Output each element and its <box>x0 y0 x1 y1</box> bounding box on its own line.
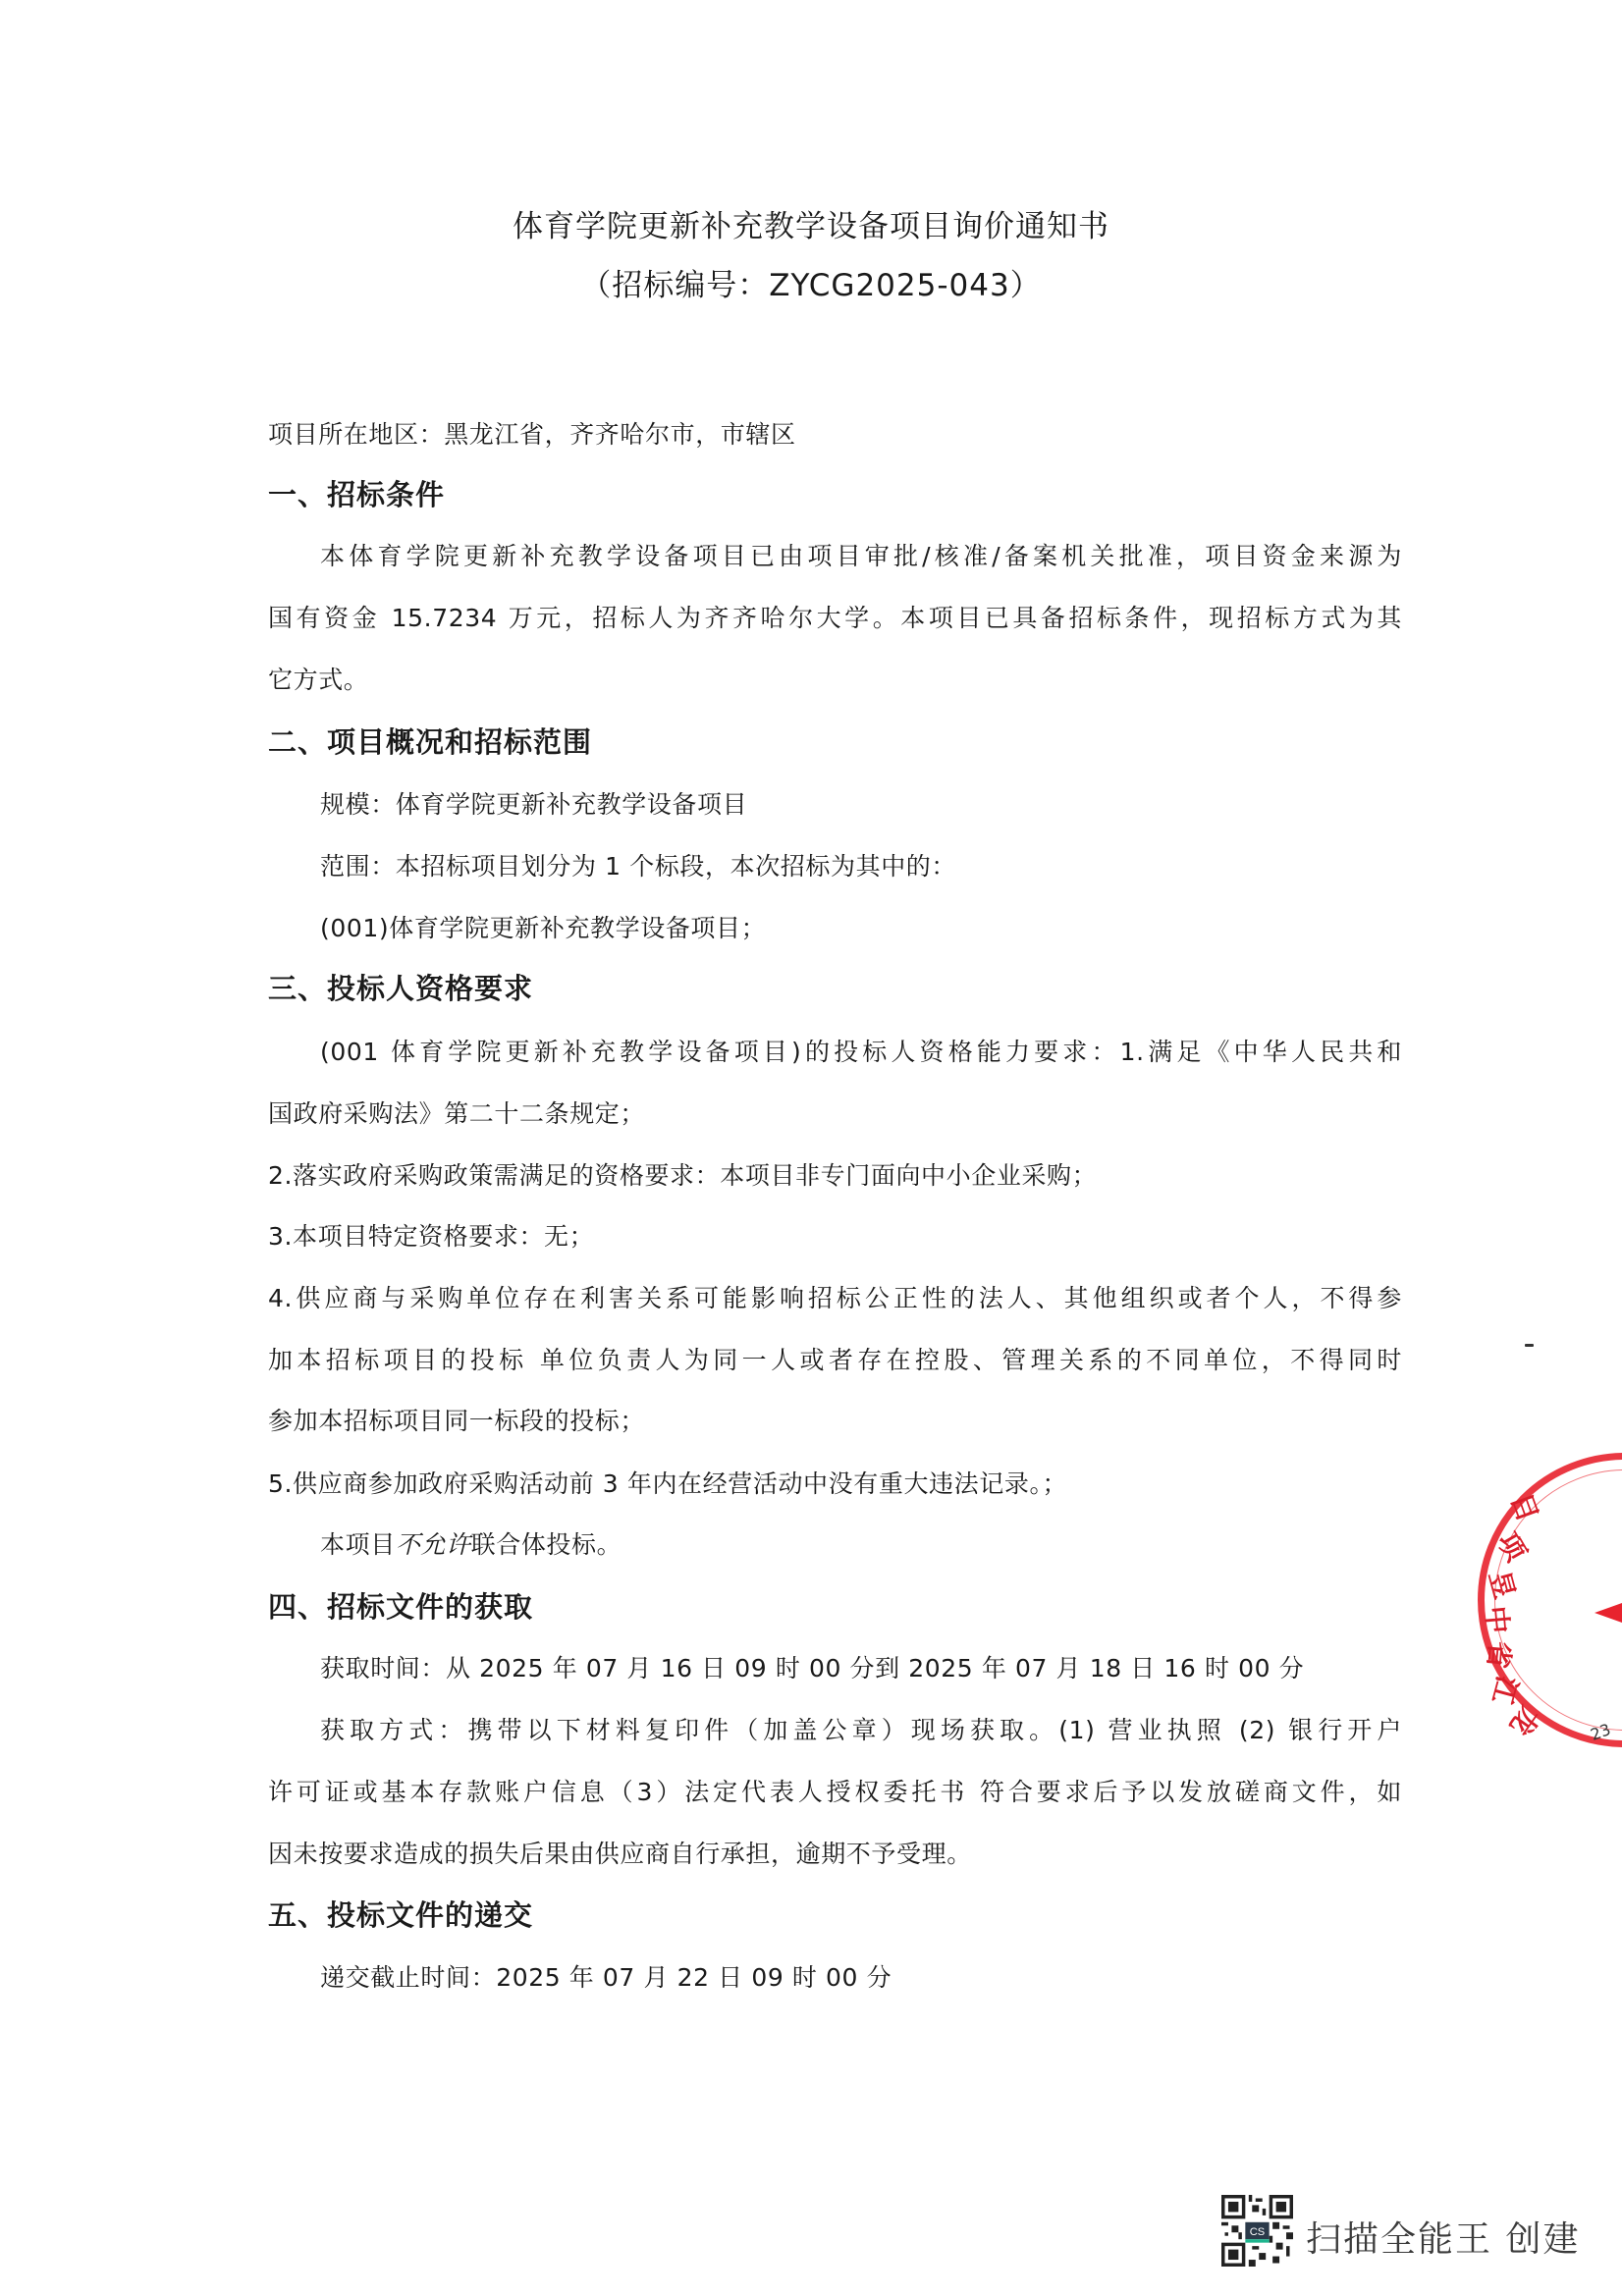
qr-code-icon: CS <box>1221 2195 1293 2267</box>
section-3-req-4-line-3: 参加本招标项目同一标段的投标； <box>268 1409 645 1433</box>
section-3-line-1: (001 体育学院更新补充教学设备项目)的投标人资格能力要求：1.满足《中华人民… <box>320 1040 1402 1064</box>
section-2-heading: 二、项目概况和招标范围 <box>268 728 592 757</box>
document-subtitle: （招标编号：ZYCG2025-043） <box>0 271 1622 301</box>
section-5-deadline: 递交截止时间：2025 年 07 月 22 日 09 时 00 分 <box>320 1965 892 1990</box>
section-3-req-5: 5.供应商参加政府采购活动前 3 年内在经营活动中没有重大违法记录。； <box>268 1471 1067 1496</box>
seal-star-icon <box>1595 1603 1622 1623</box>
section-3-req-3: 3.本项目特定资格要求：无； <box>268 1224 594 1249</box>
section-3-heading: 三、投标人资格要求 <box>268 975 533 1003</box>
section-3-req-4-line-2: 加本招标项目的投标 单位负责人为同一人或者存在控股、管理关系的不同单位，不得同时 <box>268 1348 1402 1372</box>
seal-text-4: 中 <box>1478 1604 1519 1634</box>
section-1-heading: 一、招标条件 <box>268 481 445 509</box>
joint-bid-statement: 本项目不允许联合体投标。 <box>320 1532 622 1557</box>
section-4-time: 获取时间：从 2025 年 07 月 16 日 09 时 00 分到 2025 … <box>320 1656 1304 1681</box>
official-seal <box>1478 1453 1622 1747</box>
scan-artifact <box>1525 1344 1534 1347</box>
section-4-method-line-1: 获取方式：携带以下材料复印件（加盖公章）现场获取。(1) 营业执照 (2) 银行… <box>320 1718 1402 1742</box>
section-1-line-2: 国有资金 15.7234 万元，招标人为齐齐哈尔大学。本项目已具备招标条件，现招… <box>268 606 1402 630</box>
section-2-scope: 范围：本招标项目划分为 1 个标段，本次招标为其中的： <box>320 854 956 879</box>
section-1-line-1: 本体育学院更新补充教学设备项目已由项目审批/核准/备案机关批准，项目资金来源为 <box>320 544 1402 568</box>
seal-text-5: 省 <box>1480 1639 1521 1670</box>
section-4-method-line-3: 因未按要求造成的损失后果由供应商自行承担，逾期不予受理。 <box>268 1842 972 1866</box>
section-4-heading: 四、招标文件的获取 <box>268 1593 533 1622</box>
section-4-method-line-2: 许可证或基本存款账户信息（3）法定代表人授权委托书 符合要求后予以发放磋商文件，… <box>268 1780 1402 1804</box>
joint-bid-suffix: 联合体投标。 <box>471 1530 622 1559</box>
region-line: 项目所在地区：黑龙江省，齐齐哈尔市，市辖区 <box>268 422 796 447</box>
section-2-scale: 规模：体育学院更新补充教学设备项目 <box>320 792 747 817</box>
section-3-req-2: 2.落实政府采购政策需满足的资格要求：本项目非专门面向中小企业采购； <box>268 1163 1097 1188</box>
section-3-line-2: 国政府采购法》第二十二条规定； <box>268 1101 645 1126</box>
section-5-heading: 五、投标文件的递交 <box>268 1901 533 1930</box>
svg-text:CS: CS <box>1250 2226 1265 2238</box>
document-title: 体育学院更新补充教学设备项目询价通知书 <box>0 212 1622 242</box>
section-3-req-4-line-1: 4.供应商与采购单位存在利害关系可能影响招标公正性的法人、其他组织或者个人，不得… <box>268 1286 1402 1310</box>
section-2-lot: (001)体育学院更新补充教学设备项目； <box>320 916 766 940</box>
camscanner-watermark: 扫描全能王 创建 <box>1306 2212 1580 2262</box>
joint-bid-prefix: 本项目 <box>320 1530 396 1559</box>
joint-bid-emphasis: 不允许 <box>396 1530 471 1559</box>
section-1-line-3: 它方式。 <box>268 667 368 692</box>
